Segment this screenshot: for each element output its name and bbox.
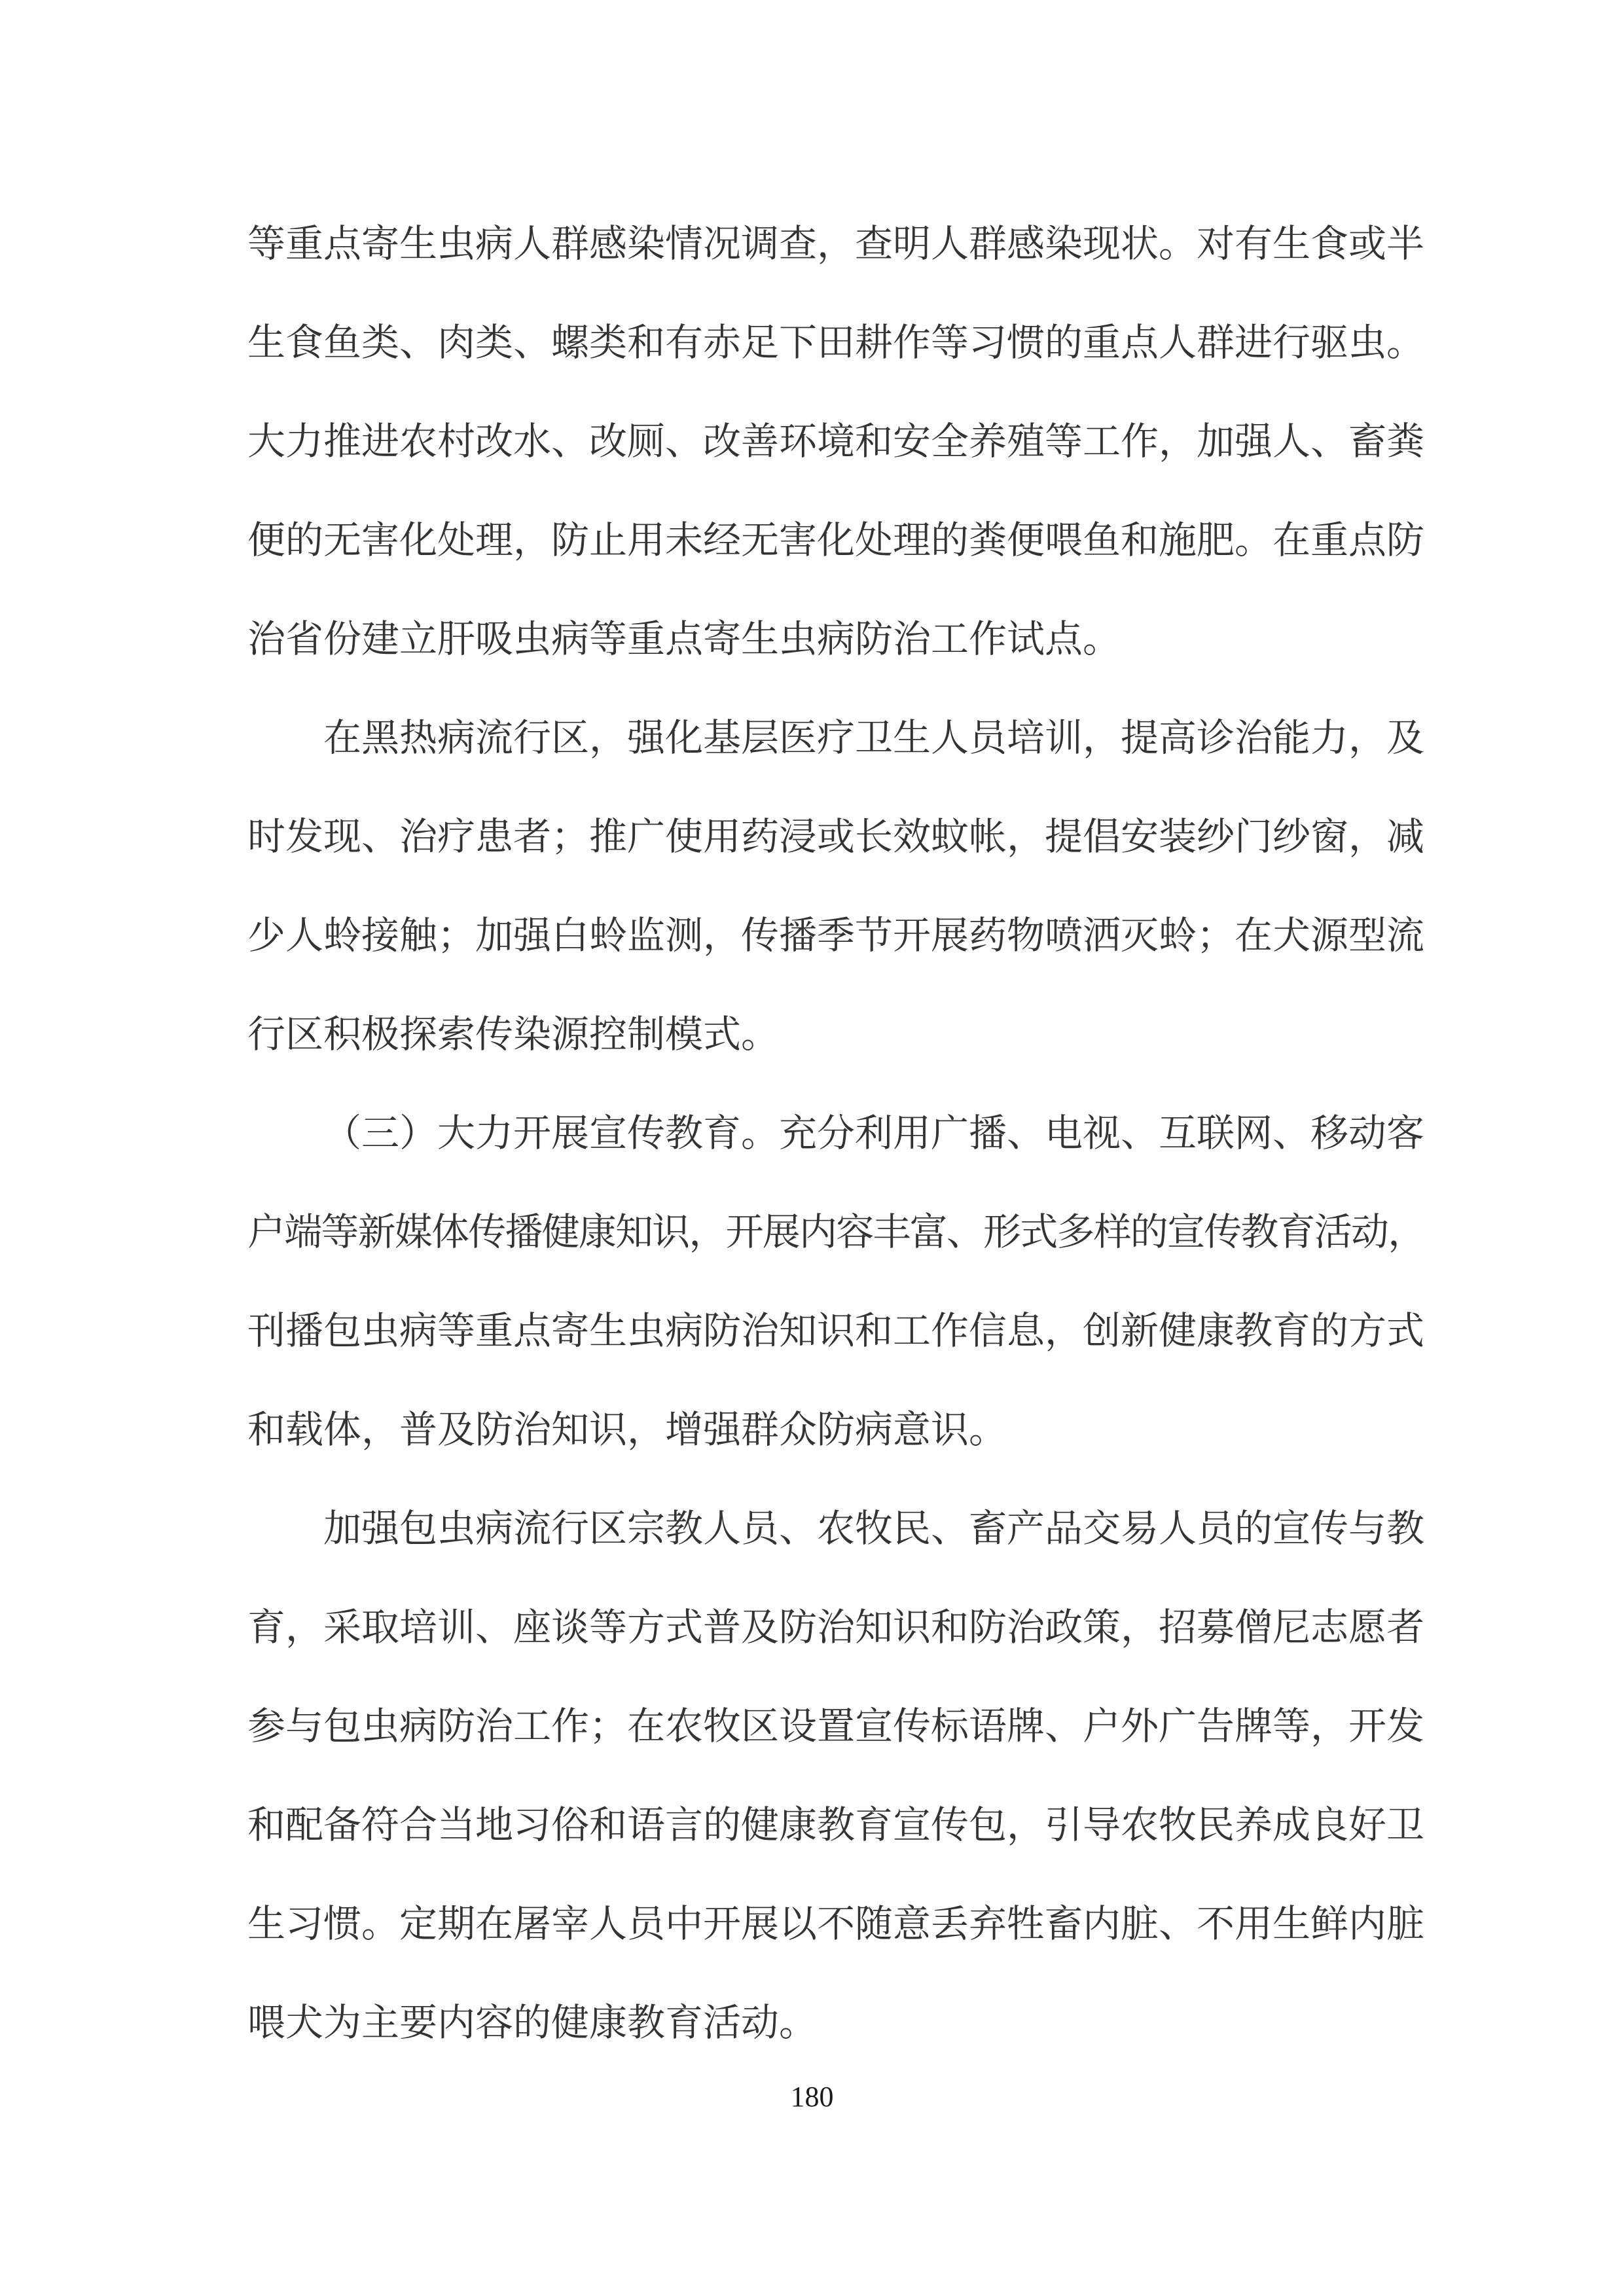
text-line: 刊播包虫病等重点寄生虫病防治知识和工作信息，创新健康教育的方式 xyxy=(247,1282,1427,1380)
paragraph: 在黑热病流行区，强化基层医疗卫生人员培训，提高诊治能力，及 时发现、治疗患者；推… xyxy=(247,689,1427,1084)
text-line: 和载体，普及防治知识，增强群众防病意识。 xyxy=(247,1380,1427,1479)
text-line: 治省份建立肝吸虫病等重点寄生虫病防治工作试点。 xyxy=(247,590,1427,689)
paragraph: 加强包虫病流行区宗教人员、农牧民、畜产品交易人员的宣传与教 育，采取培训、座谈等… xyxy=(247,1479,1427,2072)
text-line: 生食鱼类、肉类、螺类和有赤足下田耕作等习惯的重点人群进行驱虫。 xyxy=(247,293,1427,392)
text-line: 行区积极探索传染源控制模式。 xyxy=(247,985,1427,1084)
text-line: 少人蛉接触；加强白蛉监测，传播季节开展药物喷洒灭蛉；在犬源型流 xyxy=(247,886,1427,985)
text-line: 和配备符合当地习俗和语言的健康教育宣传包，引导农牧民养成良好卫 xyxy=(247,1776,1427,1874)
text-line: 大力推进农村改水、改厕、改善环境和安全养殖等工作，加强人、畜粪 xyxy=(247,392,1427,491)
text-line: （三）大力开展宣传教育。充分利用广播、电视、互联网、移动客 xyxy=(247,1084,1427,1183)
text-line: 等重点寄生虫病人群感染情况调查，查明人群感染现状。对有生食或半 xyxy=(247,194,1427,293)
paragraph: 等重点寄生虫病人群感染情况调查，查明人群感染现状。对有生食或半 生食鱼类、肉类、… xyxy=(247,194,1427,689)
paragraph: （三）大力开展宣传教育。充分利用广播、电视、互联网、移动客 户端等新媒体传播健康… xyxy=(247,1084,1427,1479)
text-line: 喂犬为主要内容的健康教育活动。 xyxy=(247,1973,1427,2072)
page-number: 180 xyxy=(0,2081,1624,2113)
text-line: 生习惯。定期在屠宰人员中开展以不随意丢弃牲畜内脏、不用生鲜内脏 xyxy=(247,1874,1427,1973)
text-line: 便的无害化处理，防止用未经无害化处理的粪便喂鱼和施肥。在重点防 xyxy=(247,491,1427,590)
text-line: 户端等新媒体传播健康知识，开展内容丰富、形式多样的宣传教育活动， xyxy=(247,1183,1427,1282)
text-line: 在黑热病流行区，强化基层医疗卫生人员培训，提高诊治能力，及 xyxy=(247,689,1427,787)
text-line: 时发现、治疗患者；推广使用药浸或长效蚊帐，提倡安装纱门纱窗，减 xyxy=(247,787,1427,886)
text-line: 育，采取培训、座谈等方式普及防治知识和防治政策，招募僧尼志愿者 xyxy=(247,1578,1427,1677)
text-line: 参与包虫病防治工作；在农牧区设置宣传标语牌、户外广告牌等，开发 xyxy=(247,1677,1427,1776)
document-page: 等重点寄生虫病人群感染情况调查，查明人群感染现状。对有生食或半 生食鱼类、肉类、… xyxy=(0,0,1624,2296)
document-body: 等重点寄生虫病人群感染情况调查，查明人群感染现状。对有生食或半 生食鱼类、肉类、… xyxy=(247,194,1427,2072)
text-line: 加强包虫病流行区宗教人员、农牧民、畜产品交易人员的宣传与教 xyxy=(247,1479,1427,1578)
